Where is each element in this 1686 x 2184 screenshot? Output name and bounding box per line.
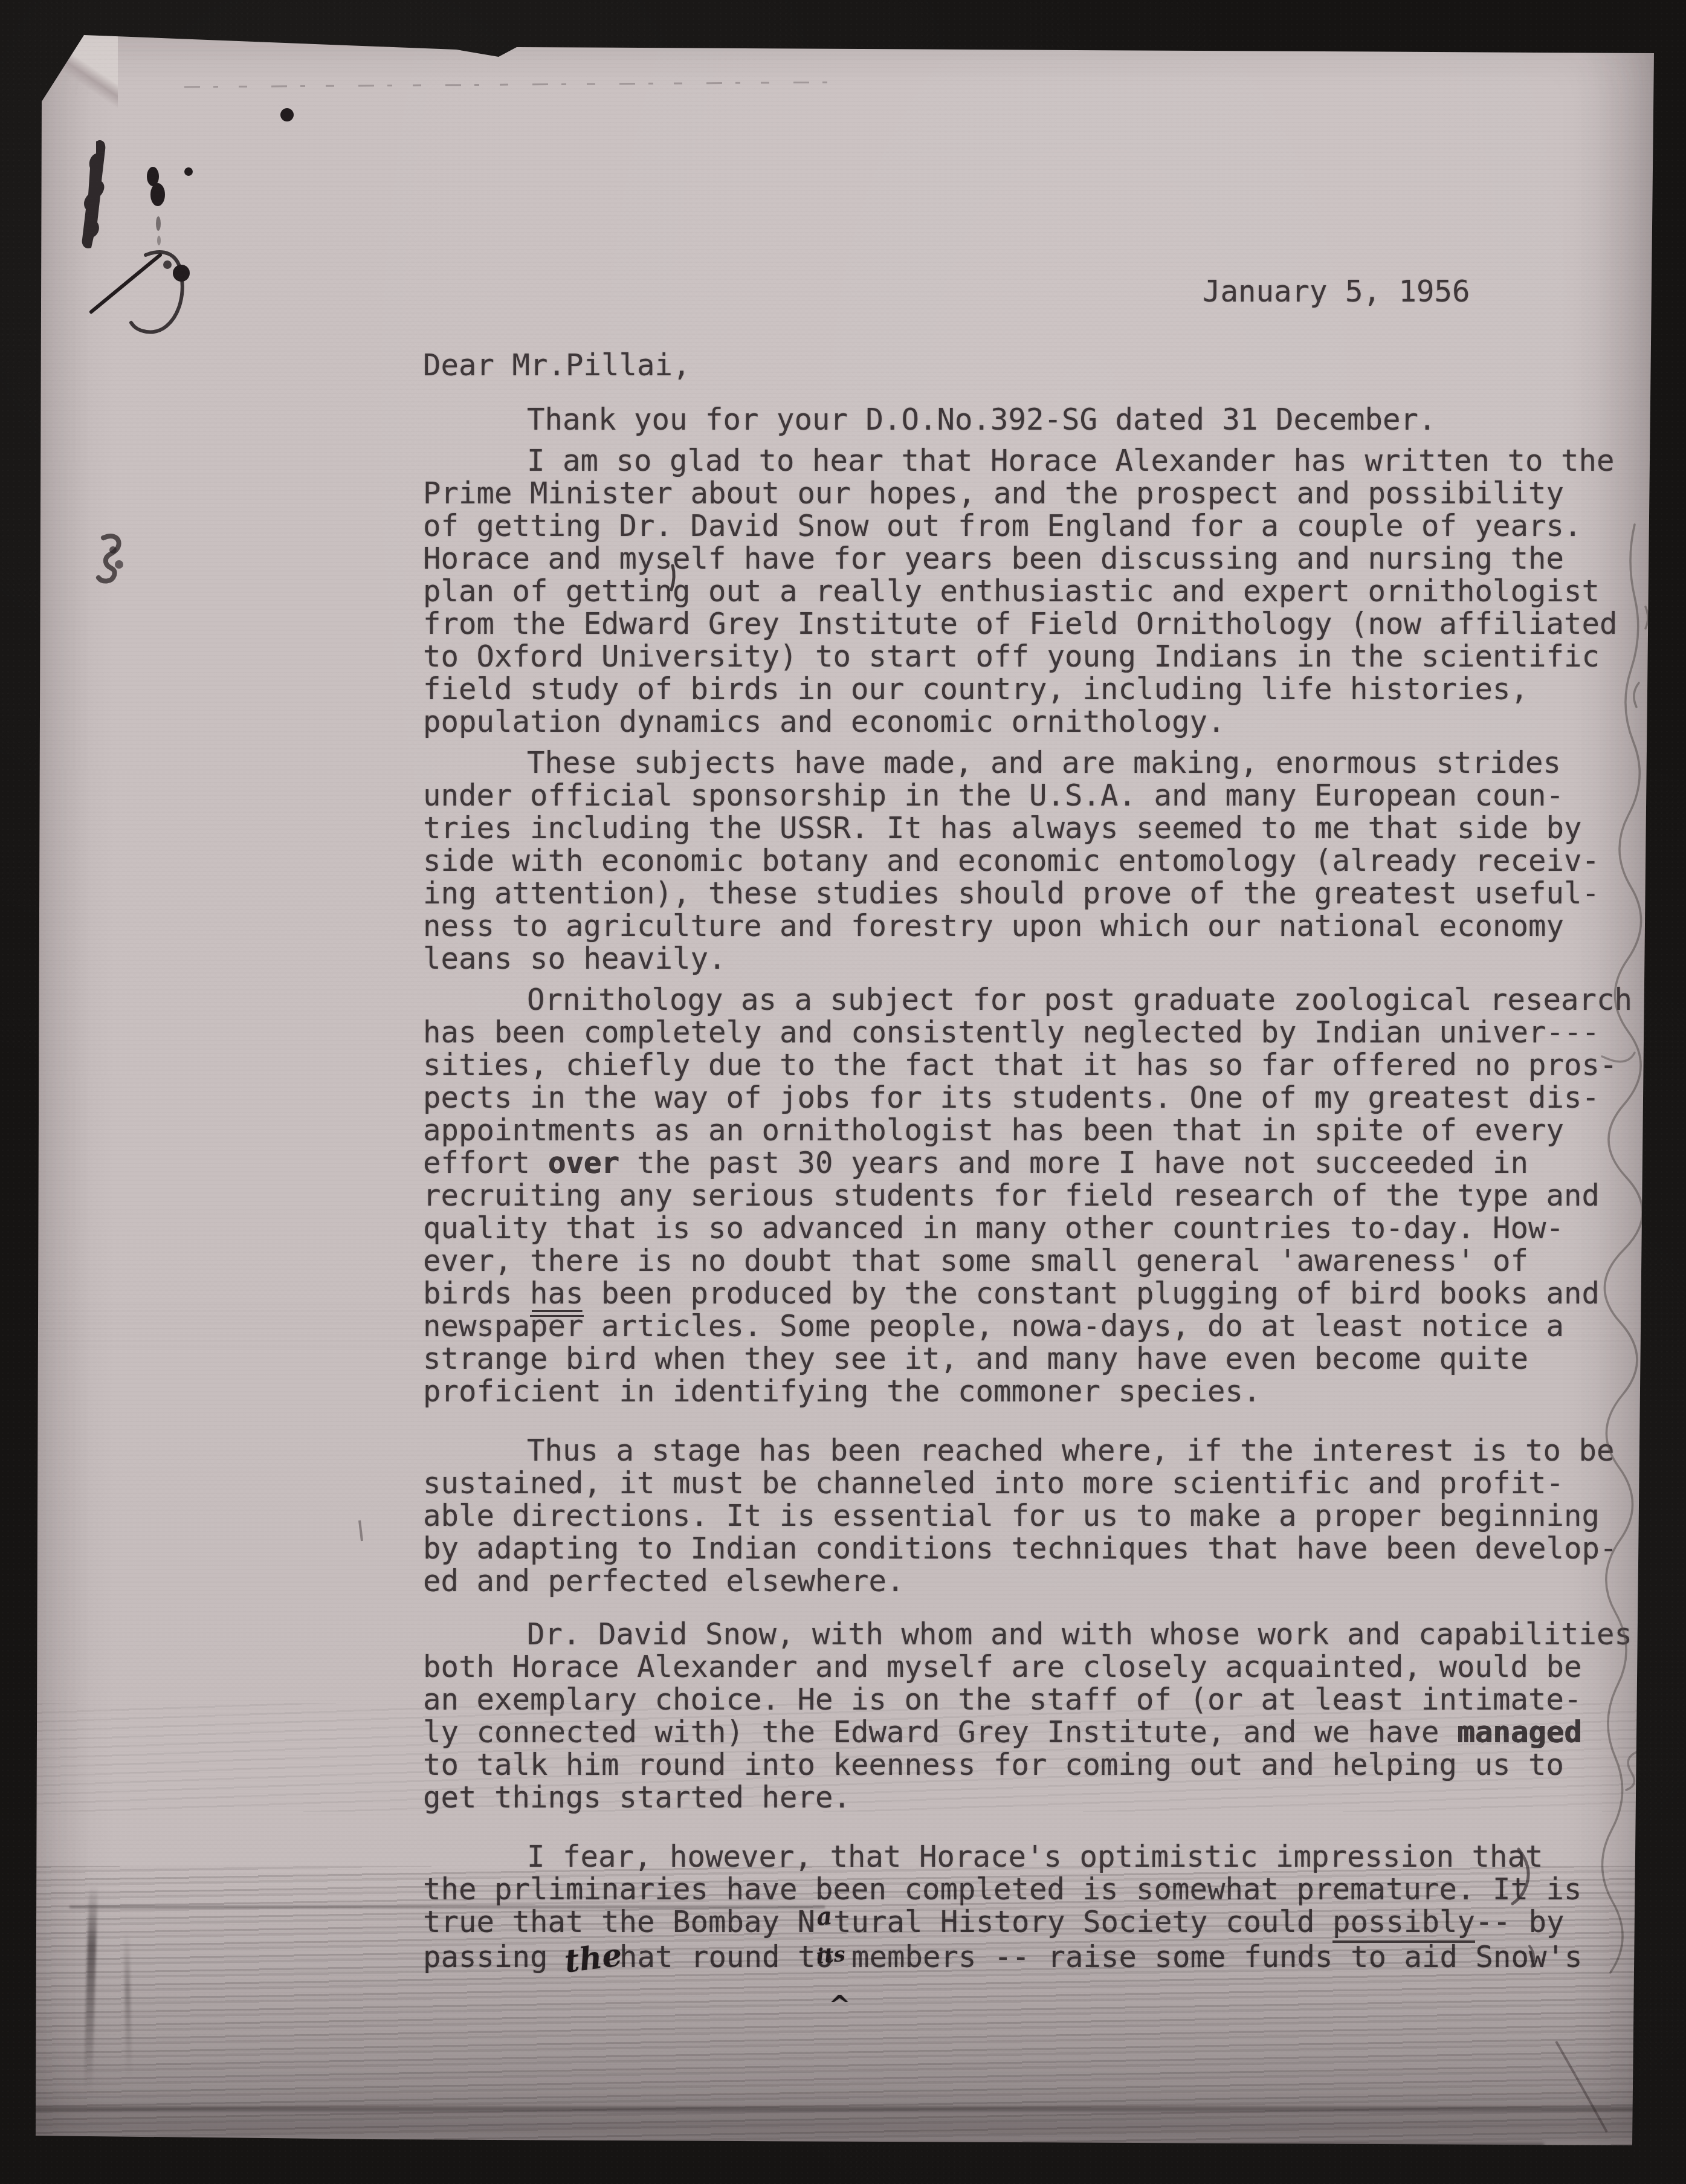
text-line: get things started here. — [423, 1782, 1686, 1814]
text-line: birds has been produced by the constant … — [423, 1278, 1686, 1310]
text-line: Thank you for your D.O.No.392-SG dated 3… — [423, 404, 1686, 436]
text-line: sustained, it must be channeled into mor… — [423, 1467, 1686, 1500]
text-line: sities, chiefly due to the fact that it … — [423, 1049, 1686, 1082]
paragraph: Thank you for your D.O.No.392-SG dated 3… — [423, 404, 1686, 436]
letter-paper: January 5, 1956 Dear Mr.Pillai, Thank yo… — [33, 29, 1658, 2149]
text-line: I am so glad to hear that Horace Alexand… — [423, 445, 1686, 477]
scanned-letter-page: January 5, 1956 Dear Mr.Pillai, Thank yo… — [0, 0, 1686, 2184]
text-line: newspaper articles. Some people, nowa-da… — [423, 1310, 1686, 1343]
text-line: Ornithology as a subject for post gradua… — [423, 984, 1686, 1016]
text-line: has been completely and consistently neg… — [423, 1016, 1686, 1049]
text-line: from the Edward Grey Institute of Field … — [423, 608, 1686, 641]
paragraph: I am so glad to hear that Horace Alexand… — [423, 445, 1686, 738]
underlined-word: possibly — [1332, 1905, 1475, 1943]
text-line: leans so heavily. — [423, 943, 1686, 975]
paragraph: Thus a stage has been reached where, if … — [423, 1435, 1686, 1598]
emphasized-word: over — [548, 1146, 619, 1180]
text-line: These subjects have made, and are making… — [423, 747, 1686, 780]
paragraph: I fear, however, that Horace's optimisti… — [423, 1841, 1686, 1974]
handwritten-letter: a — [813, 1900, 835, 1934]
text-line: under official sponsorship in the U.S.A.… — [423, 780, 1686, 812]
ink-blot-icon — [82, 108, 294, 282]
text-line: side with economic botany and economic e… — [423, 845, 1686, 877]
horizontal-streak — [33, 2107, 1658, 2111]
text-line: strange bird when they see it, and many … — [423, 1343, 1686, 1375]
text-line: by adapting to Indian conditions techniq… — [423, 1533, 1686, 1565]
text-line: an exemplary choice. He is on the staff … — [423, 1684, 1686, 1716]
text-line: recruiting any serious students for fiel… — [423, 1180, 1686, 1212]
paragraph: Ornithology as a subject for post gradua… — [423, 984, 1686, 1408]
text-line: Prime Minister about our hopes, and the … — [423, 477, 1686, 510]
handwritten-word: the — [563, 1939, 624, 1978]
text-line: ly connected with) the Edward Grey Insti… — [423, 1716, 1686, 1749]
text-line: Thus a stage has been reached where, if … — [423, 1435, 1686, 1467]
text-line: able directions. It is essential for us … — [423, 1500, 1686, 1533]
text-line: ness to agriculture and forestry upon wh… — [423, 910, 1686, 943]
text-line: both Horace Alexander and myself are clo… — [423, 1651, 1686, 1684]
folded-corner — [33, 29, 118, 126]
ink-smudge-icon — [99, 536, 123, 581]
emphasized-word: managed — [1457, 1715, 1582, 1749]
letter-date: January 5, 1956 — [1203, 276, 1470, 308]
caret-mark: ^ — [828, 1990, 851, 2023]
text-line: ever, there is no doubt that some small … — [423, 1245, 1686, 1278]
text-line: population dynamics and economic ornitho… — [423, 706, 1686, 738]
handwritten-insertion: its — [815, 1938, 847, 1973]
text-line: proficient in identifying the commoner s… — [423, 1375, 1686, 1408]
fold-crease-line — [184, 82, 843, 87]
paper-crease — [1556, 2041, 1607, 2132]
text-line: of getting Dr. David Snow out from Engla… — [423, 510, 1686, 543]
paragraph: Dr. David Snow, with whom and with whose… — [423, 1618, 1686, 1814]
text-line: Dr. David Snow, with whom and with whose… — [423, 1618, 1686, 1651]
paragraph: These subjects have made, and are making… — [423, 747, 1686, 975]
text-line: pects in the way of jobs for its student… — [423, 1082, 1686, 1114]
text-line: passing thehat round toits^members -- ra… — [423, 1940, 1686, 1974]
horizontal-streak — [94, 2143, 1544, 2149]
text-line: tries including the USSR. It has always … — [423, 812, 1686, 845]
text-line: ing attention), these studies should pro… — [423, 877, 1686, 910]
text-line: to Oxford University) to start off young… — [423, 641, 1686, 673]
text-line: appointments as an ornithologist has bee… — [423, 1114, 1686, 1147]
salutation: Dear Mr.Pillai, — [423, 349, 691, 382]
vertical-smudge — [124, 1933, 132, 2078]
ink-scribble-icon — [91, 252, 182, 332]
letter-body: Thank you for your D.O.No.392-SG dated 3… — [423, 404, 1686, 1974]
text-line: quality that is so advanced in many othe… — [423, 1212, 1686, 1245]
text-line: ed and perfected elsewhere. — [423, 1565, 1686, 1598]
text-line: to talk him round into keenness for comi… — [423, 1749, 1686, 1782]
margin-tick — [360, 1520, 362, 1541]
text-line: field study of birds in our country, inc… — [423, 673, 1686, 706]
text-line: Horace and myself have for years been di… — [423, 543, 1686, 575]
vertical-smudge — [84, 1885, 98, 2091]
text-line: effort over the past 30 years and more I… — [423, 1147, 1686, 1180]
text-line: I fear, however, that Horace's optimisti… — [423, 1841, 1686, 1873]
text-line: true that the Bombay Natural History Soc… — [423, 1906, 1686, 1940]
text-line: the prliminaries have been completed is … — [423, 1873, 1686, 1906]
text-line: plan of getting out a really enthusiasti… — [423, 575, 1686, 608]
